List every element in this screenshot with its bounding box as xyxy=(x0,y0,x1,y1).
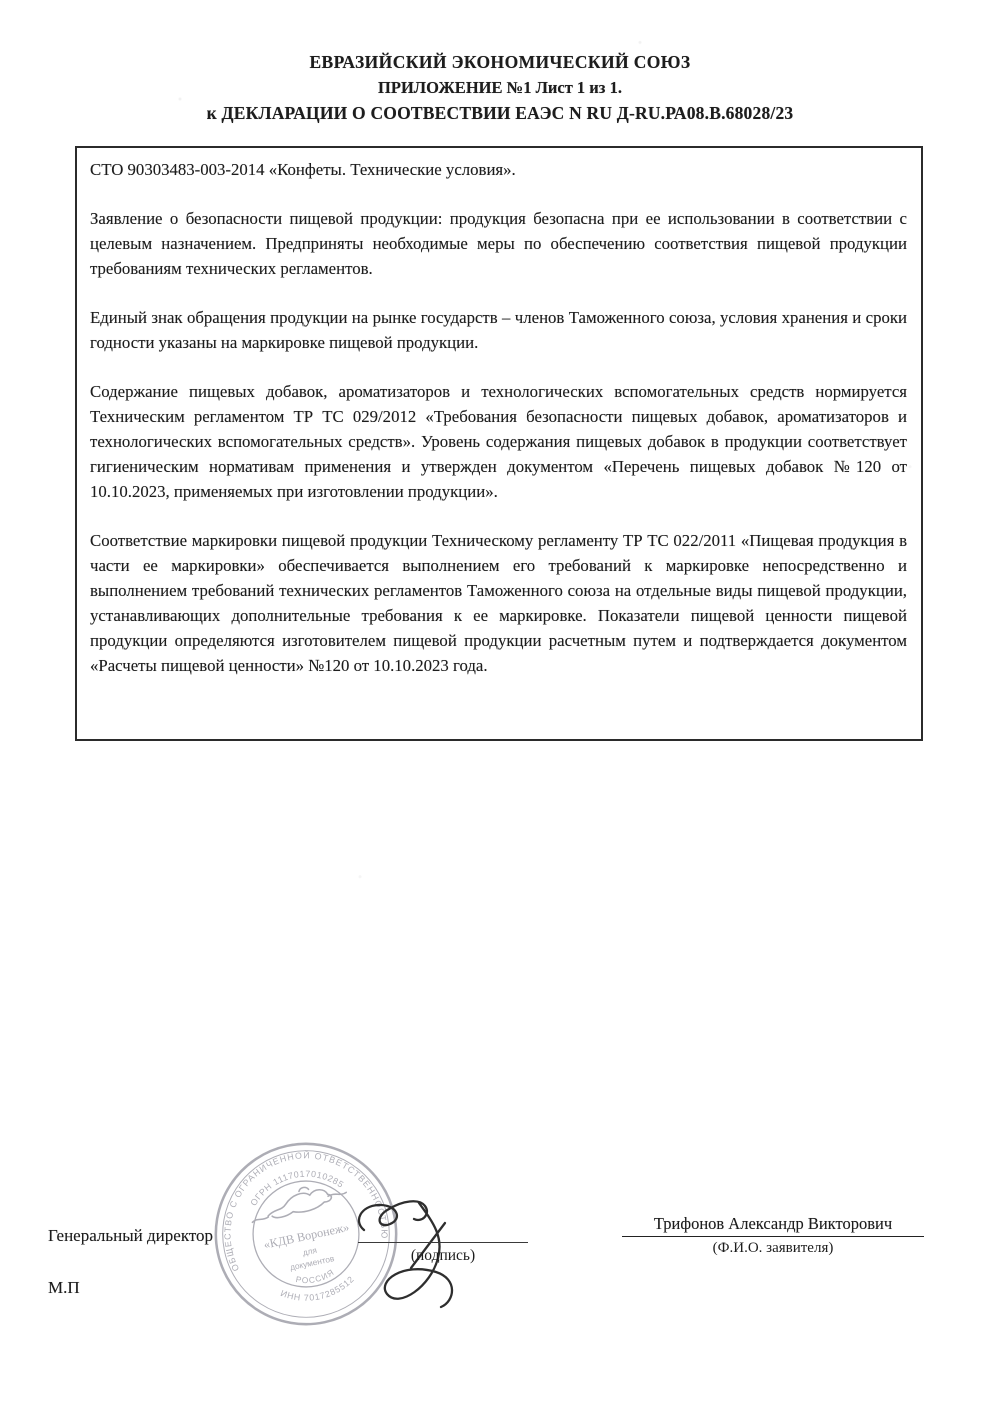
document-header: ЕВРАЗИЙСКИЙ ЭКОНОМИЧЕСКИЙ СОЮЗ ПРИЛОЖЕНИ… xyxy=(0,52,1000,124)
signature-upper-loops xyxy=(359,1201,427,1230)
declaration-text-box: СТО 90303483-003-2014 «Конфеты. Техничес… xyxy=(75,146,923,741)
signature-line xyxy=(358,1242,528,1243)
stamp-center-line2: для xyxy=(302,1245,318,1258)
stamp-place-label: М.П xyxy=(48,1278,80,1298)
header-annex-line: ПРИЛОЖЕНИЕ №1 Лист 1 из 1. xyxy=(0,78,1000,98)
applicant-caption: (Ф.И.О. заявителя) xyxy=(622,1240,924,1257)
header-declaration-number: к ДЕКЛАРАЦИИ О СООТВЕСТВИИ ЕАЭС N RU Д-R… xyxy=(0,103,1000,124)
applicant-name: Трифонов Александр Викторович xyxy=(622,1214,924,1237)
signature-caption: (подпись) xyxy=(358,1247,528,1265)
document-page: ЕВРАЗИЙСКИЙ ЭКОНОМИЧЕСКИЙ СОЮЗ ПРИЛОЖЕНИ… xyxy=(0,0,1000,1414)
paragraph-additives: Содержание пищевых добавок, ароматизатор… xyxy=(90,379,907,504)
paragraph-standard: СТО 90303483-003-2014 «Конфеты. Техничес… xyxy=(90,157,907,182)
header-union-title: ЕВРАЗИЙСКИЙ ЭКОНОМИЧЕСКИЙ СОЮЗ xyxy=(0,52,1000,73)
paragraph-safety-statement: Заявление о безопасности пищевой продукц… xyxy=(90,206,907,281)
paragraph-labelling: Соответствие маркировки пищевой продукци… xyxy=(90,528,907,678)
director-label: Генеральный директор xyxy=(48,1226,213,1246)
paragraph-eac-mark: Единый знак обращения продукции на рынке… xyxy=(90,305,907,355)
